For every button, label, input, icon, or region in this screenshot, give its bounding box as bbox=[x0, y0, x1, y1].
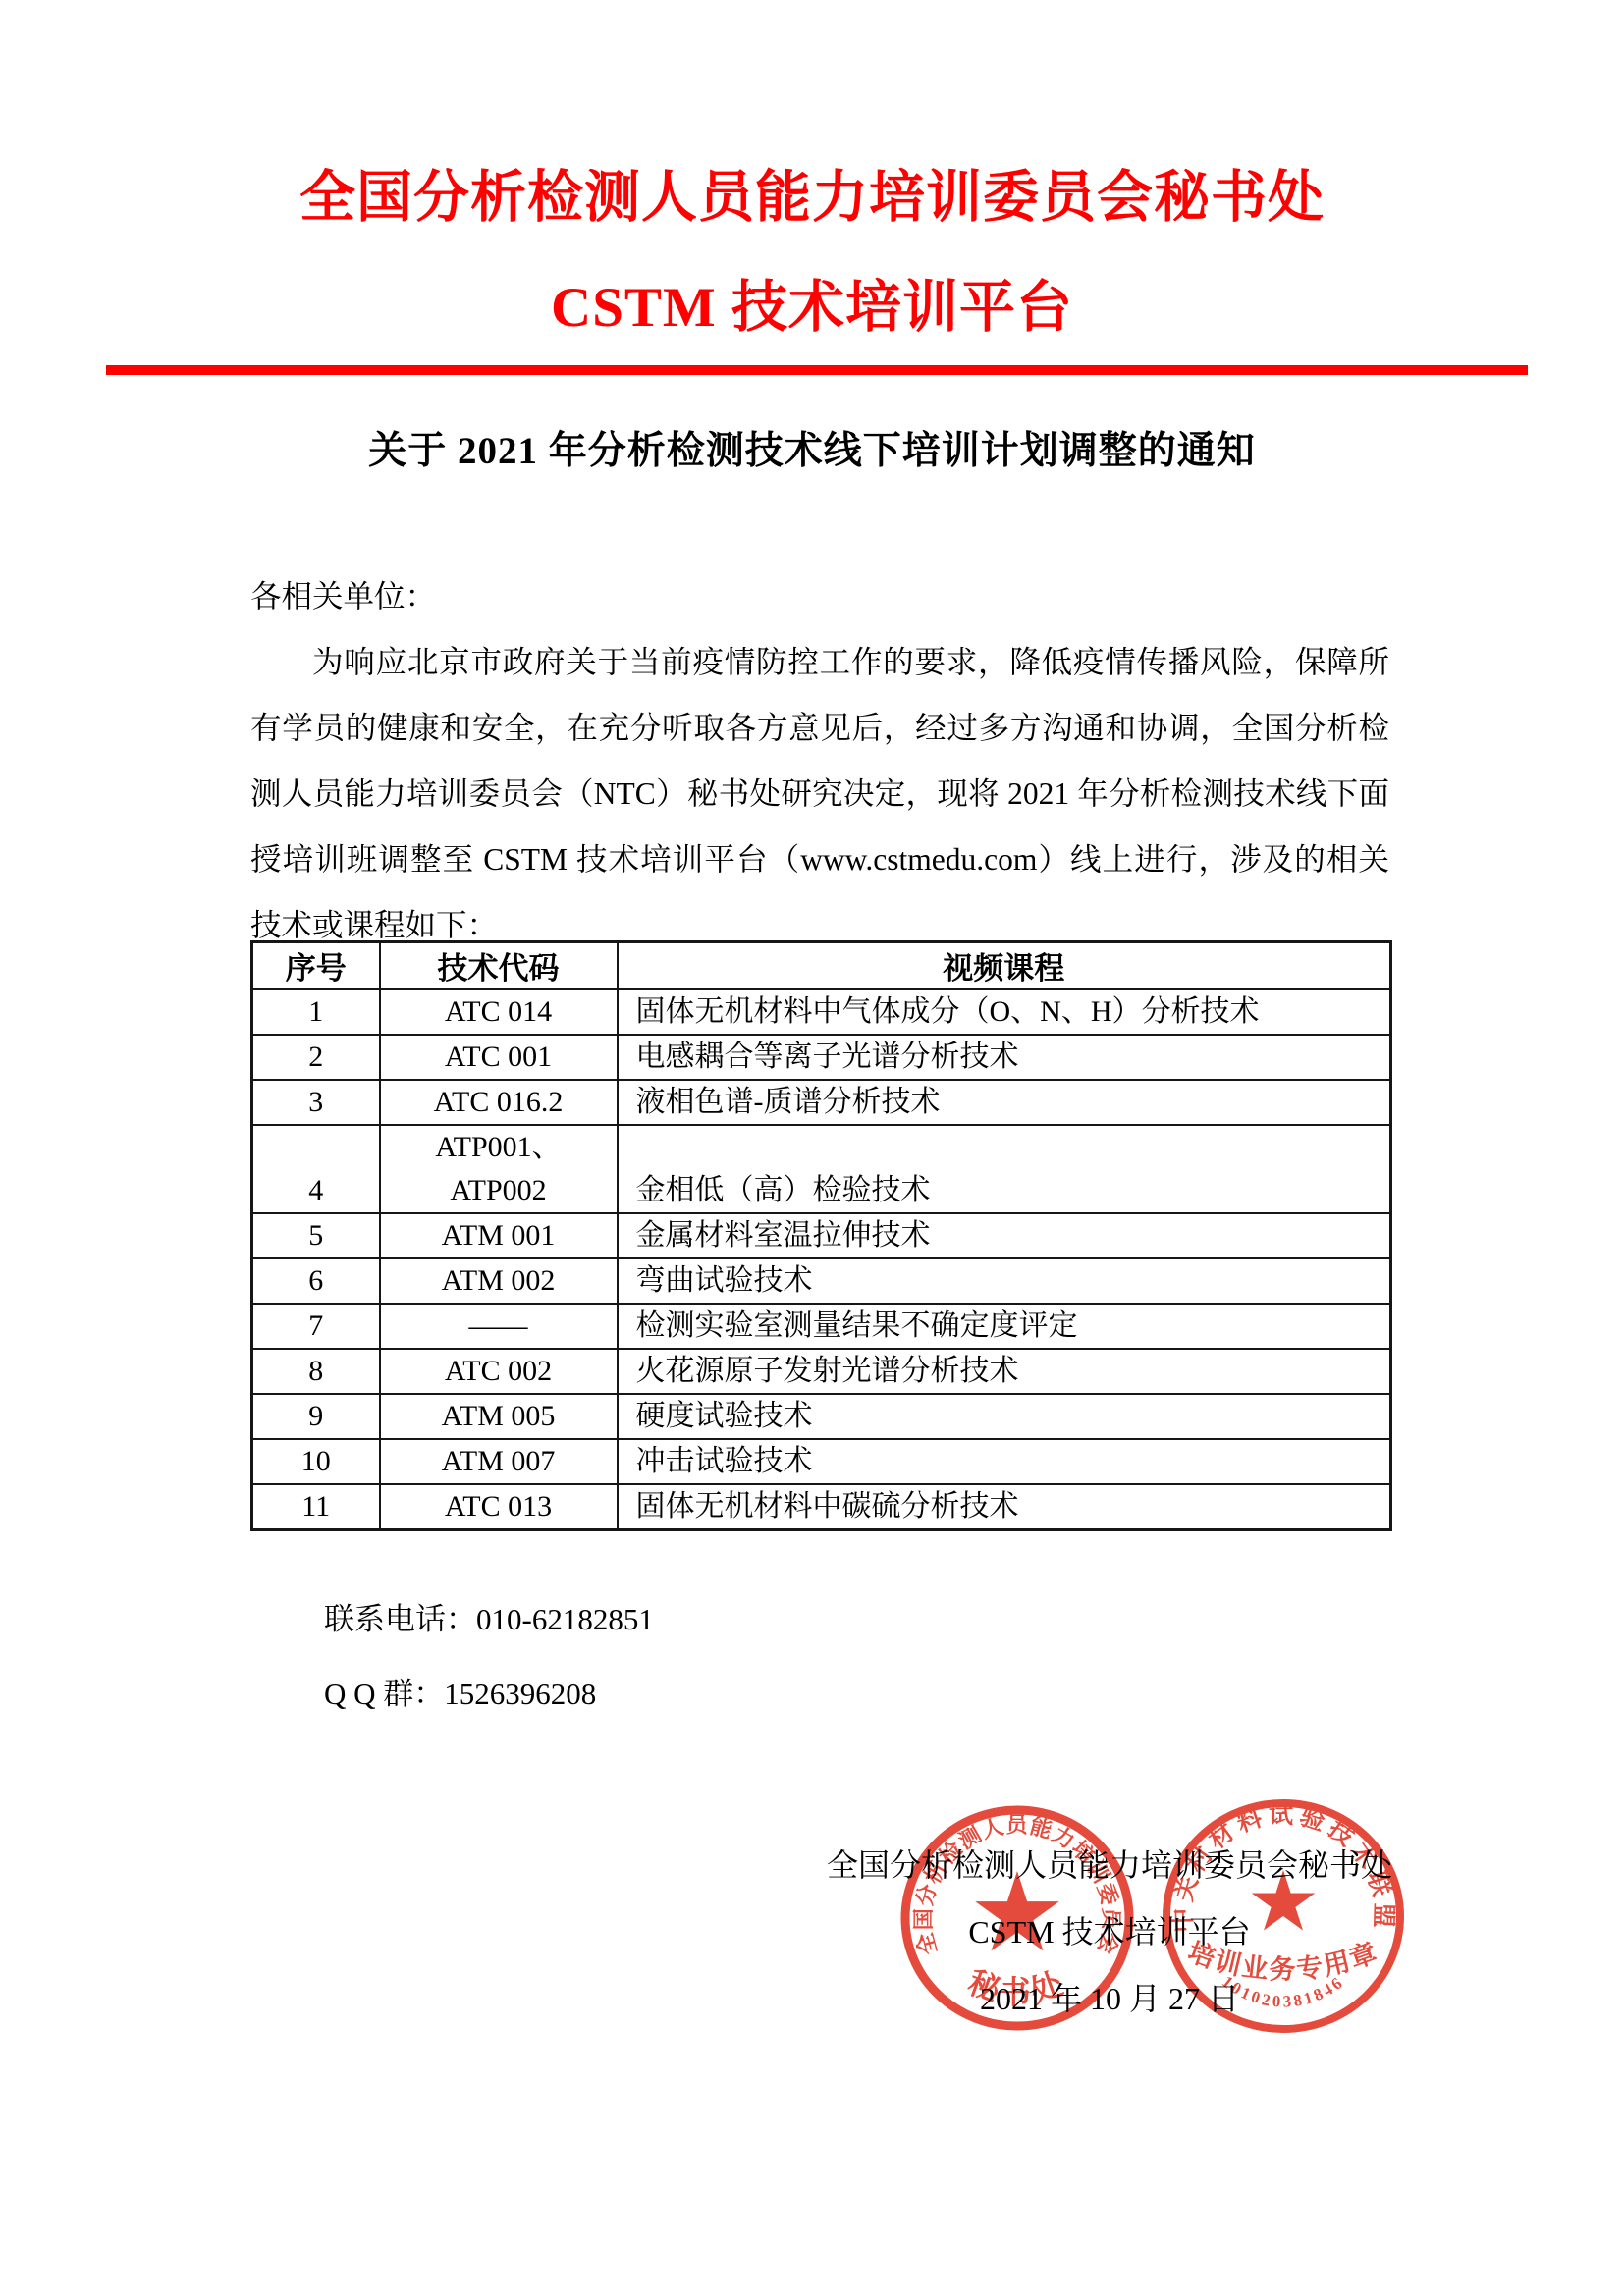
header-code: 技术代码 bbox=[380, 942, 618, 989]
row-course-cell: 金属材料室温拉伸技术 bbox=[618, 1213, 1391, 1258]
letterhead-line1: 全国分析检测人员能力培训委员会秘书处 bbox=[0, 143, 1624, 253]
row-code-cell: ATC 001 bbox=[380, 1035, 618, 1080]
row-number-cell: 9 bbox=[252, 1394, 380, 1439]
row-course-cell: 火花源原子发射光谱分析技术 bbox=[618, 1349, 1391, 1394]
row-code-cell: ATM 007 bbox=[380, 1439, 618, 1484]
contact-phone: 联系电话：010-62182851 bbox=[324, 1582, 654, 1657]
letterhead: 全国分析检测人员能力培训委员会秘书处 CSTM 技术培训平台 bbox=[0, 143, 1624, 363]
row-code-cell: ATM 005 bbox=[380, 1394, 618, 1439]
row-course-cell: 硬度试验技术 bbox=[618, 1394, 1391, 1439]
row-code-cell: ATC 013 bbox=[380, 1484, 618, 1530]
letterhead-divider-rule bbox=[106, 365, 1528, 375]
stamp-bottom-text: 秘书处 bbox=[963, 1964, 1070, 2009]
table-row: 11 ATC 013 固体无机材料中碳硫分析技术 bbox=[252, 1484, 1391, 1530]
row-course-cell: 检测实验室测量结果不确定度评定 bbox=[618, 1304, 1391, 1349]
row-code-cell: —— bbox=[380, 1304, 618, 1349]
row-code-cell: ATC 014 bbox=[380, 989, 618, 1036]
stamp-label-text: 培训业务专用章 bbox=[1184, 1936, 1382, 1984]
row-code-cell: ATP001、 ATP002 bbox=[380, 1125, 618, 1213]
row-course-cell: 冲击试验技术 bbox=[618, 1439, 1391, 1484]
table-row: 7 —— 检测实验室测量结果不确定度评定 bbox=[252, 1304, 1391, 1349]
row-number-cell: 7 bbox=[252, 1304, 380, 1349]
table-row: 3 ATC 016.2 液相色谱-质谱分析技术 bbox=[252, 1080, 1391, 1125]
row-course-cell: 液相色谱-质谱分析技术 bbox=[618, 1080, 1391, 1125]
svg-text:秘书处: 秘书处 bbox=[963, 1964, 1070, 2009]
body-paragraph: 为响应北京市政府关于当前疫情防控工作的要求，降低疫情传播风险，保障所有学员的健康… bbox=[250, 629, 1389, 958]
letterhead-line2: CSTM 技术培训平台 bbox=[0, 253, 1624, 363]
notice-document-page: 全国分析检测人员能力培训委员会秘书处 CSTM 技术培训平台 关于 2021 年… bbox=[0, 0, 1624, 2296]
row-course-cell: 固体无机材料中气体成分（O、N、H）分析技术 bbox=[618, 989, 1391, 1036]
table-row: 4 ATP001、 ATP002 金相低（高）检验技术 bbox=[252, 1125, 1391, 1213]
table-row: 6 ATM 002 弯曲试验技术 bbox=[252, 1258, 1391, 1304]
header-course: 视频课程 bbox=[618, 942, 1391, 989]
row-code-cell: ATM 001 bbox=[380, 1213, 618, 1258]
course-table: 序号 技术代码 视频课程 1 ATC 014 固体无机材料中气体成分（O、N、H… bbox=[250, 940, 1392, 1531]
row-code-cell: ATM 002 bbox=[380, 1258, 618, 1304]
svg-text:培训业务专用章: 培训业务专用章 bbox=[1184, 1936, 1382, 1984]
contact-qq: Q Q 群：1526396208 bbox=[324, 1657, 654, 1732]
row-number-cell: 6 bbox=[252, 1258, 380, 1304]
table-row: 1 ATC 014 固体无机材料中气体成分（O、N、H）分析技术 bbox=[252, 989, 1391, 1036]
row-code-cell: ATC 016.2 bbox=[380, 1080, 618, 1125]
row-number-cell: 2 bbox=[252, 1035, 380, 1080]
course-table-header-row: 序号 技术代码 视频课程 bbox=[252, 942, 1391, 989]
header-no: 序号 bbox=[252, 942, 380, 989]
body-text: 各相关单位： 为响应北京市政府关于当前疫情防控工作的要求，降低疫情传播风险，保障… bbox=[250, 563, 1389, 958]
row-number-cell: 1 bbox=[252, 989, 380, 1036]
contact-info: 联系电话：010-62182851 Q Q 群：1526396208 bbox=[324, 1582, 654, 1732]
stamp-star-icon bbox=[1252, 1870, 1316, 1931]
row-number-cell: 3 bbox=[252, 1080, 380, 1125]
table-row: 10 ATM 007 冲击试验技术 bbox=[252, 1439, 1391, 1484]
row-course-cell: 电感耦合等离子光谱分析技术 bbox=[618, 1035, 1391, 1080]
table-row: 8 ATC 002 火花源原子发射光谱分析技术 bbox=[252, 1349, 1391, 1394]
row-course-cell: 固体无机材料中碳硫分析技术 bbox=[618, 1484, 1391, 1530]
table-row: 9 ATM 005 硬度试验技术 bbox=[252, 1394, 1391, 1439]
row-number-cell: 5 bbox=[252, 1213, 380, 1258]
row-number-cell: 8 bbox=[252, 1349, 380, 1394]
row-course-cell: 金相低（高）检验技术 bbox=[618, 1125, 1391, 1213]
notice-title: 关于 2021 年分析检测技术线下培训计划调整的通知 bbox=[0, 420, 1624, 475]
course-table-body: 1 ATC 014 固体无机材料中气体成分（O、N、H）分析技术 2 ATC 0… bbox=[252, 989, 1391, 1530]
table-row: 2 ATC 001 电感耦合等离子光谱分析技术 bbox=[252, 1035, 1391, 1080]
table-row: 5 ATM 001 金属材料室温拉伸技术 bbox=[252, 1213, 1391, 1258]
row-course-cell: 弯曲试验技术 bbox=[618, 1258, 1391, 1304]
stamp-star-icon bbox=[975, 1871, 1059, 1950]
salutation: 各相关单位： bbox=[250, 563, 1389, 629]
course-table-head: 序号 技术代码 视频课程 bbox=[252, 942, 1391, 989]
row-number-cell: 10 bbox=[252, 1439, 380, 1484]
official-stamp-training-seal: 中关村材料试验技术联盟 培训业务专用章 101020381846 bbox=[1158, 1793, 1409, 2039]
row-number-cell: 4 bbox=[252, 1125, 380, 1213]
official-stamp-committee: 全国分析检测人员能力培训委员会 秘书处 bbox=[895, 1801, 1139, 2035]
row-number-cell: 11 bbox=[252, 1484, 380, 1530]
row-code-cell: ATC 002 bbox=[380, 1349, 618, 1394]
